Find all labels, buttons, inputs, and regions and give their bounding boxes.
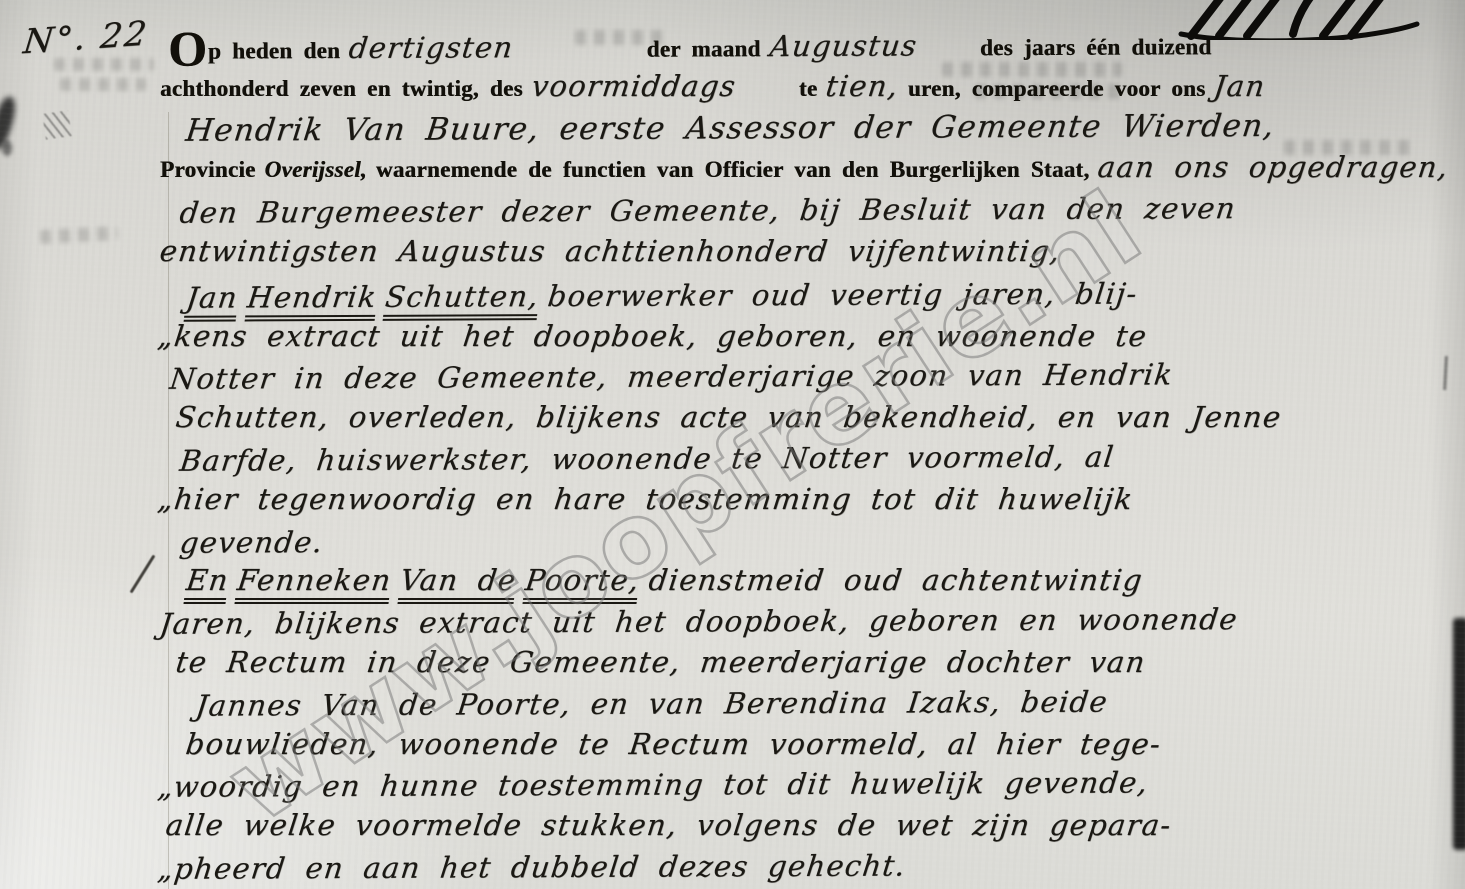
document-line: Jaren, blijkens extract uit het doopboek… xyxy=(158,601,1449,647)
handwritten-text: bouwlieden, woonende te Rectum voormeld,… xyxy=(184,727,1163,761)
document-line: Notter in deze Gemeente, meerderjarige z… xyxy=(158,357,1449,403)
handwritten-text: Schutten, xyxy=(383,279,541,321)
handwritten-text: den Burgemeester dezer Gemeente, bij Bes… xyxy=(178,191,1238,230)
document-line: Barfde, huiswerkster, woonende te Notter… xyxy=(158,438,1449,484)
handwritten-text: Van de xyxy=(398,563,519,604)
handwritten-text: Hendrik Van Buure, eerste Assessor der G… xyxy=(184,108,1277,149)
document-line: Jannes Van de Poorte, en van Berendina I… xyxy=(158,683,1449,729)
bleed-through-mark xyxy=(40,226,119,244)
form-blank-gap xyxy=(523,57,638,58)
document-line: EnFennekenVan dePoorte,dienstmeid oud ac… xyxy=(158,563,1449,604)
document-line: Hendrik Van Buure, eerste Assessor der G… xyxy=(158,107,1449,153)
pen-tick-marks xyxy=(42,110,71,139)
handwritten-text: Barfde, huiswerkster, woonende te Notter… xyxy=(178,440,1116,478)
handwritten-text: aan ons opgedragen, door xyxy=(1096,150,1465,184)
handwritten-text: Jan xyxy=(1212,69,1268,103)
handwritten-text: alle welke voormelde stukken, volgens de… xyxy=(164,808,1174,842)
document-line: „woordig en hunne toestemming tot dit hu… xyxy=(158,765,1449,811)
handwritten-text: „kens extract uit het doopboek, geboren,… xyxy=(156,319,1149,353)
printed-text: der maand xyxy=(647,36,761,62)
printed-text: p heden den xyxy=(208,38,340,65)
handwritten-text: dertigsten xyxy=(347,30,515,65)
document-line: alle welke voormelde stukken, volgens de… xyxy=(158,808,1449,849)
scanned-document-page: N°. 22 Op heden dendertigstender maandAu… xyxy=(0,0,1465,889)
handwritten-text: „hier tegenwoordig en hare toestemming t… xyxy=(156,482,1135,516)
handwritten-text: Augustus xyxy=(768,28,919,63)
document-line: bouwlieden, woonende te Rectum voormeld,… xyxy=(158,727,1449,768)
document-line: te Rectum in deze Gemeente, meerderjarig… xyxy=(158,645,1449,686)
document-lines: Op heden dendertigstender maandAugustusd… xyxy=(158,20,1449,889)
handwritten-text: Jan xyxy=(184,280,240,321)
printed-italic-text: Overijssel, xyxy=(265,157,367,183)
document-line: „kens extract uit het doopboek, geboren,… xyxy=(158,319,1449,360)
handwritten-text: Poorte, xyxy=(523,563,642,604)
document-line: ProvincieOverijssel,waarnemende de funct… xyxy=(158,150,1449,191)
handwritten-text: voormiddags xyxy=(530,69,738,103)
act-number: N°. 22 xyxy=(21,14,150,63)
handwritten-text: „pheerd en aan het dubbeld dezes gehecht… xyxy=(156,848,908,885)
printed-text: waarnemende de functien van Officier van… xyxy=(376,157,1090,183)
signature-flourish-icon xyxy=(1173,0,1423,40)
handwritten-text: En xyxy=(183,563,230,604)
handwritten-text: Fenneken xyxy=(235,563,394,604)
document-line: „pheerd en aan het dubbeld dezes gehecht… xyxy=(158,846,1449,889)
bleed-through-mark xyxy=(54,58,154,71)
handwritten-text: „woordig en hunne toestemming tot dit hu… xyxy=(156,766,1150,804)
handwritten-text: entwintigsten Augustus achttienhonderd v… xyxy=(158,234,1063,268)
handwritten-text: Notter in deze Gemeente, meerderjarige z… xyxy=(168,358,1175,396)
printed-text: achthonderd zeven en twintig, des xyxy=(160,76,523,102)
handwritten-text: Schutten, overleden, blijkens acte van b… xyxy=(174,400,1284,434)
document-line: JanHendrikSchutten,boerwerker oud veerti… xyxy=(158,275,1449,321)
document-line: gevende. xyxy=(158,520,1449,566)
document-line: achthonderd zeven en twintig, desvoormid… xyxy=(158,69,1449,110)
document-line: den Burgemeester dezer Gemeente, bij Bes… xyxy=(158,190,1449,236)
handwritten-text: Jannes Van de Poorte, en van Berendina I… xyxy=(194,684,1110,722)
printed-text: uren, compareerde voor ons xyxy=(908,76,1206,102)
handwritten-text: boerwerker oud veertig jaren, blij- xyxy=(546,276,1140,313)
printed-dropcap-text: O xyxy=(168,31,207,69)
scan-edge-shadow xyxy=(1453,618,1465,850)
bleed-through-mark xyxy=(60,78,146,91)
printed-text: te xyxy=(799,76,817,102)
handwritten-text: gevende. xyxy=(178,525,325,560)
handwritten-text: Hendrik xyxy=(244,280,378,322)
handwritten-text: te Rectum in deze Gemeente, meerderjarig… xyxy=(174,645,1148,679)
handwritten-text: Jaren, blijkens extract uit het doopboek… xyxy=(158,602,1240,641)
document-line: „hier tegenwoordig en hare toestemming t… xyxy=(158,482,1449,523)
handwritten-text: tien, xyxy=(824,69,901,103)
ink-blot xyxy=(2,140,12,156)
printed-text: Provincie xyxy=(160,157,256,183)
handwritten-text: dienstmeid oud achtentwintig xyxy=(647,563,1145,597)
document-line: Schutten, overleden, blijkens acte van b… xyxy=(158,400,1449,441)
stray-pen-stroke xyxy=(130,555,156,594)
document-line: entwintigsten Augustus achttienhonderd v… xyxy=(158,234,1449,275)
